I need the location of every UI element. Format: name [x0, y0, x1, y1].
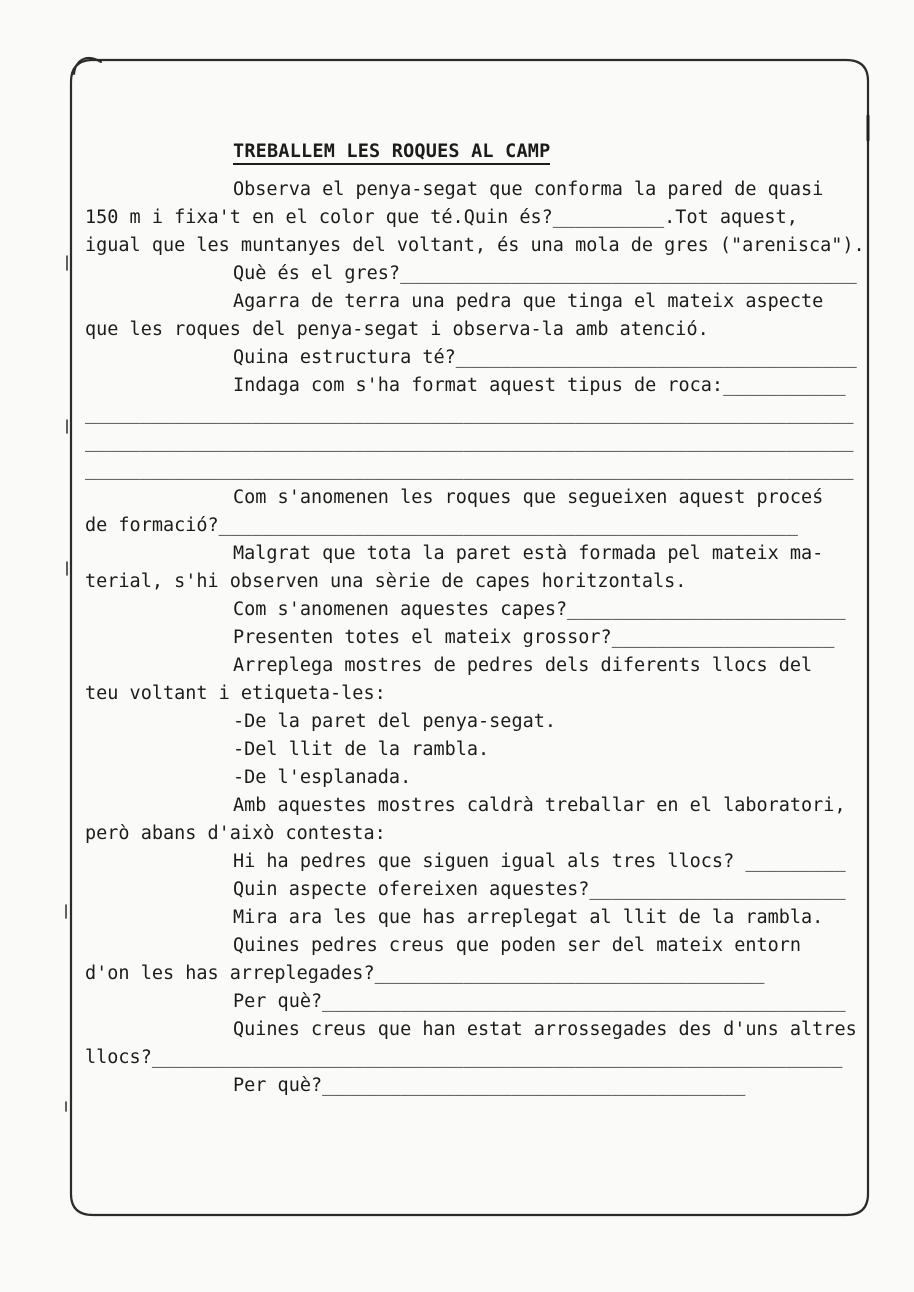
text-line: però abans d'això contesta:	[85, 820, 873, 848]
scanned-worksheet-page: TREBALLEM LES ROQUES AL CAMP Observa el …	[0, 0, 914, 1292]
text-line: 150 m i fixa't en el color que té.Quin é…	[85, 204, 873, 232]
text-line: Observa el penya-segat que conforma la p…	[85, 176, 873, 204]
text-line: Mira ara les que has arreplegat al llit …	[85, 904, 873, 932]
worksheet-title-line: TREBALLEM LES ROQUES AL CAMP	[85, 138, 873, 166]
text-line: Quina estructura té?____________________…	[85, 344, 873, 372]
ruled-answer-line: ________________________________________…	[85, 400, 873, 428]
ruled-answer-line: ________________________________________…	[85, 428, 873, 456]
text-line: d'on les has arreplegades?______________…	[85, 960, 873, 988]
text-line: terial, s'hi observen una sèrie de capes…	[85, 568, 873, 596]
text-line: de formació?____________________________…	[85, 512, 873, 540]
text-line: Indaga com s'ha format aquest tipus de r…	[85, 372, 873, 400]
worksheet-text-block: TREBALLEM LES ROQUES AL CAMP Observa el …	[85, 138, 873, 1100]
text-line: Agarra de terra una pedra que tinga el m…	[85, 288, 873, 316]
text-line: Amb aquestes mostres caldrà treballar en…	[85, 792, 873, 820]
ruled-answer-line: ________________________________________…	[85, 456, 873, 484]
document-lines: Observa el penya-segat que conforma la p…	[85, 176, 873, 1100]
text-line: Com s'anomenen aquestes capes?__________…	[85, 596, 873, 624]
text-line: teu voltant i etiqueta-les:	[85, 680, 873, 708]
text-line: Per què?________________________________…	[85, 1072, 873, 1100]
text-line: Com s'anomenen les roques que segueixen …	[85, 484, 873, 512]
text-line: Què és el gres?_________________________…	[85, 260, 873, 288]
text-line: -Del llit de la rambla.	[85, 736, 873, 764]
text-line: -De l'esplanada.	[85, 764, 873, 792]
text-line: igual que les muntanyes del voltant, és …	[85, 232, 873, 260]
text-line: que les roques del penya-segat i observa…	[85, 316, 873, 344]
text-line: Arreplega mostres de pedres dels diferen…	[85, 652, 873, 680]
text-line: llocs?__________________________________…	[85, 1044, 873, 1072]
text-line: Quines pedres creus que poden ser del ma…	[85, 932, 873, 960]
text-line: -De la paret del penya-segat.	[85, 708, 873, 736]
text-line: Hi ha pedres que siguen igual als tres l…	[85, 848, 873, 876]
text-line: Malgrat que tota la paret està formada p…	[85, 540, 873, 568]
text-line: Quines creus que han estat arrossegades …	[85, 1016, 873, 1044]
worksheet-title: TREBALLEM LES ROQUES AL CAMP	[233, 141, 550, 165]
text-line: Quin aspecte ofereixen aquestes?________…	[85, 876, 873, 904]
text-line: Per què?________________________________…	[85, 988, 873, 1016]
text-line: Presenten totes el mateix grossor?______…	[85, 624, 873, 652]
